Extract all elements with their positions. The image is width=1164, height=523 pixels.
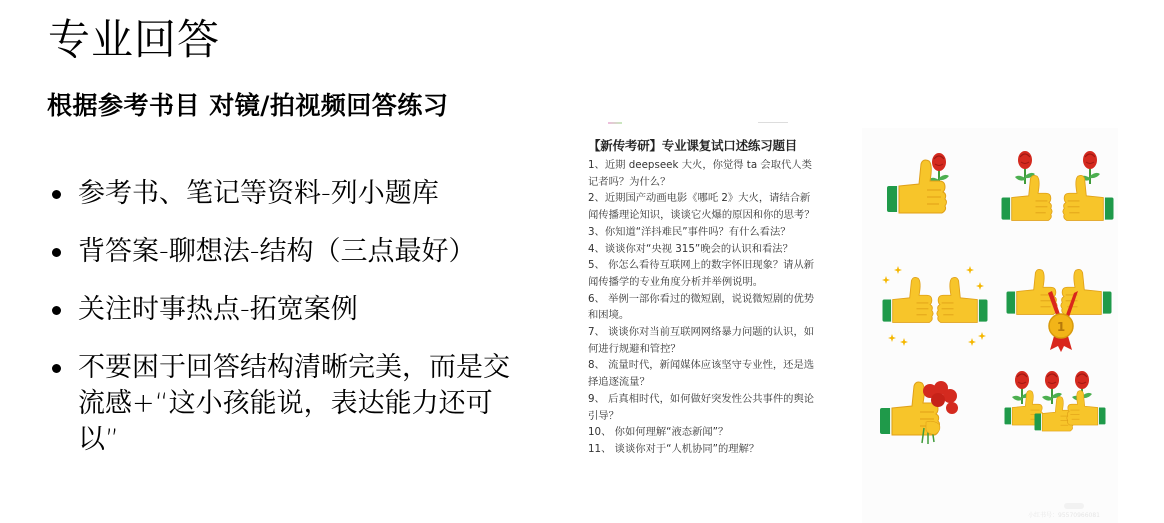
svg-text:1: 1 [1057,320,1065,334]
slide-title: 专业回答 [48,14,220,66]
bullet-item: 不要困于回答结构清晰完美，而是交流感+“这小孩能说，表达能力还可以” [48,350,528,458]
question-item: 6、 举例一部你看过的微短剧，说说微短剧的优势和困境。 [588,291,820,324]
question-item: 10、 你如何理解“液态新闻”？ [588,424,820,441]
slide-subtitle: 根据参考书目 对镜/拍视频回答练习 [47,90,517,121]
bullet-item: 参考书、笔记等资料-列小题库 [48,176,528,212]
bullet-item: 关注时事热点-拓宽案例 [48,292,528,328]
bullet-item: 背答案-聊想法-结构（三点最好） [48,234,528,270]
bullet-dot-icon [52,306,61,315]
question-item: 11、 谈谈你对于“人机协同”的理解？ [588,441,820,458]
two-thumbs-up-sparkles-icon [882,266,988,346]
sticker-grid-image: 1 小红书号：95570966081 [862,128,1118,523]
question-item: 3、你知道“洋抖难民”事件吗？有什么看法？ [588,224,820,241]
question-item: 8、 流量时代，新闻媒体应该坚守专业性，还是选择追逐流量？ [588,357,820,390]
bullet-dot-icon [52,364,61,373]
question-item: 9、 后真相时代，如何做好突发性公共事件的舆论引导？ [588,391,820,424]
bullet-dot-icon [52,248,61,257]
two-thumbs-up-with-roses-icon [1002,151,1114,220]
thumbs-up-with-rose-icon [887,153,949,213]
question-item: 4、谈谈你对“央视 315”晚会的认识和看法？ [588,241,820,258]
bullet-list: 参考书、笔记等资料-列小题库 背答案-聊想法-结构（三点最好） 关注时事热点-拓… [48,176,528,480]
two-thumbs-up-gold-medal-icon: 1 [1007,269,1112,352]
question-item: 1、近期 deepseek 大火，你觉得 ta 会取代人类记者吗？为什么？ [588,157,820,190]
bullet-dot-icon [52,190,61,199]
question-item: 7、 谈谈你对当前互联网网络暴力问题的认识，如何进行规避和管控？ [588,324,820,357]
question-item: 2、近期国产动画电影《哪吒 2》大火，请结合新闻传播理论知识，谈谈它火爆的原因和… [588,190,820,223]
question-list-title: 【新传考研】专业课复试口述练习题目 [588,136,797,154]
question-list-image: 【新传考研】专业课复试口述练习题目 1、近期 deepseek 大火，你觉得 t… [578,118,833,523]
watermark-badge [1064,503,1084,509]
decorative-strip [758,122,788,123]
decorative-strip [608,122,622,124]
three-thumbs-up-with-roses-icon [1005,371,1106,431]
question-list: 1、近期 deepseek 大火，你觉得 ta 会取代人类记者吗？为什么？ 2、… [588,157,820,458]
question-item: 5、 你怎么看待互联网上的数字怀旧现象？请从新闻传播学的专业角度分析并举例说明。 [588,257,820,290]
watermark-text: 小红书号：95570966081 [1028,510,1100,519]
thumbs-up-with-bouquet-icon [880,381,958,444]
